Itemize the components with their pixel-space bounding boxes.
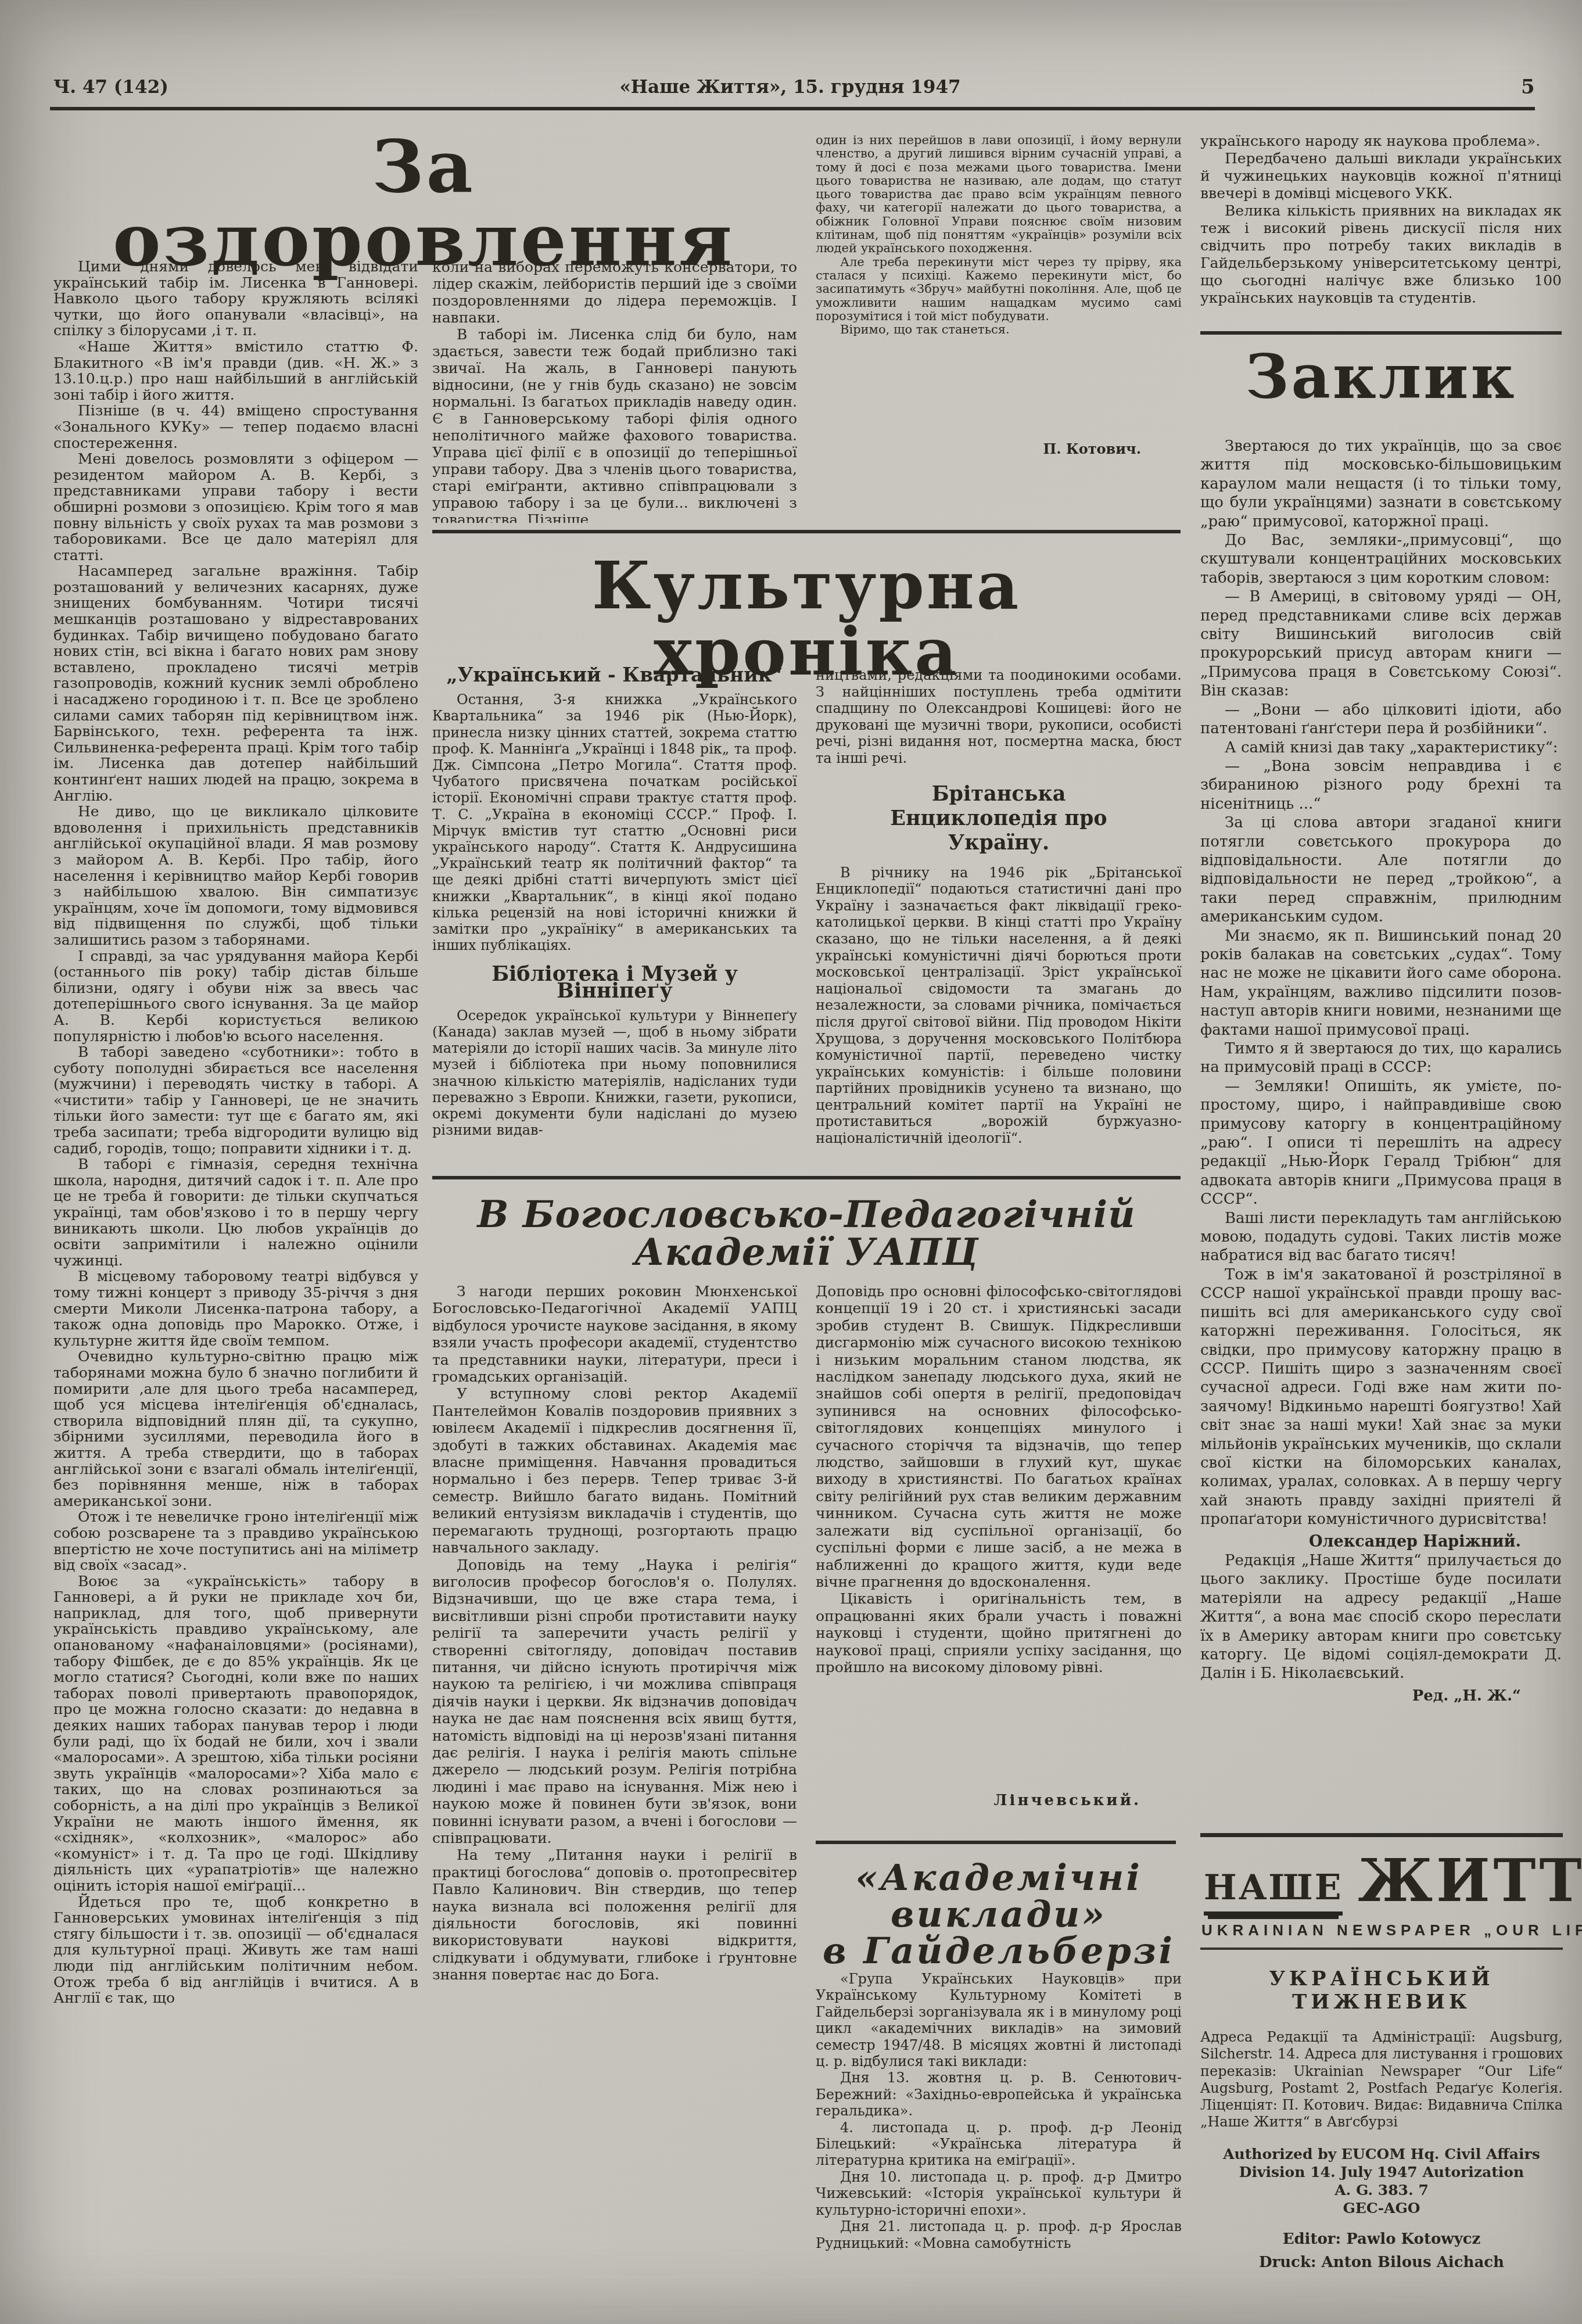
paragraph: Насамперед загальне вражіння. Табір розт… — [53, 563, 418, 804]
biblioteka-text: Осередок української культури у Віннепеґ… — [432, 1007, 797, 1139]
subhead-encyclopedia: Брітанська Енциклопедія про Україну. — [851, 782, 1147, 855]
paragraph: Адреса Редакції та Адміністрації: Augsbu… — [1200, 2029, 1563, 2131]
bohoslov-column-2: З нагоди перших роковин Мюнхенської Бого… — [432, 1283, 797, 1984]
paragraph: Пізніше (в ч. 44) вміщено спростування «… — [53, 403, 418, 451]
page-number: 5 — [1521, 76, 1535, 99]
paragraph: — „Вони — або цілковиті ідіоти, або пате… — [1200, 701, 1562, 738]
paragraph: українського народу як наукова проблема»… — [1200, 132, 1562, 150]
paragraph: Осередок української культури у Віннепеґ… — [432, 1007, 797, 1139]
paragraph: З нагоди перших роковин Мюнхенської Бого… — [432, 1283, 797, 1385]
paragraph: 4. листопада ц. р. проф. д-р Леонід Біле… — [816, 2119, 1182, 2169]
ozdorovlennia-column-1: Цими днями довелось мені відвідати украї… — [53, 259, 418, 2318]
zaklyk-text: Звертаюся до тих українців, що за своє ж… — [1200, 437, 1562, 1529]
paragraph: Але треба перекинути міст через ту прірв… — [816, 256, 1182, 323]
paragraph: Дня 10. листопада ц. р. проф. д-р Дмитро… — [816, 2169, 1182, 2218]
paragraph: Тимто я й звертаюся до тих, що карались … — [1200, 1039, 1562, 1077]
authorization-line: Division 14. July 1947 Autorization — [1200, 2163, 1563, 2181]
zaklyk-body: Звертаюся до тих українців, що за своє ж… — [1200, 437, 1562, 1750]
paragraph: ництвами, редакціями та поодинокими особ… — [816, 667, 1182, 767]
paragraph: «Група Українських Науковців» при Україн… — [816, 1971, 1182, 2070]
headline-ozdorovlennia: За оздоровлення — [52, 131, 795, 278]
headline-zaklyk: Заклик — [1200, 346, 1562, 408]
paragraph: коли на виборах переможуть консерватори,… — [432, 259, 797, 326]
ozdorovlennia-signature: П. Котович. — [816, 440, 1141, 457]
paragraph: Йдеться про те, щоб конкретно в Ганновер… — [53, 1894, 418, 2006]
authorization-line: A. G. 383. 7 — [1200, 2181, 1563, 2199]
masthead-box: НАШЕ ЖИТТЯ UKRAINIAN NEWSPAPER „OUR LIFE… — [1200, 1833, 1563, 2271]
zaklyk-signature: Олександер Наріжний. — [1200, 1533, 1521, 1551]
paragraph: Цими днями довелось мені відвідати украї… — [53, 259, 418, 339]
paragraph: Передбачено дальші виклади українських й… — [1200, 150, 1562, 202]
paragraph: Ми знаємо, як п. Вишинський понад 20 рок… — [1200, 927, 1562, 1039]
paragraph: На тему „Питання науки і релігії в практ… — [432, 1846, 797, 1983]
paragraph: — Земляки! Опишіть, як умієте, по-просто… — [1200, 1077, 1562, 1209]
authorization-line: Authorized by EUCOM Hq. Civil Affairs — [1200, 2145, 1563, 2163]
paragraph: Доповідь на тему „Наука і релігія“ вигол… — [432, 1556, 797, 1847]
zaklyk-editorial-signature: Ред. „Н. Ж.“ — [1200, 1687, 1521, 1705]
newspaper-logo: НАШЕ ЖИТТЯ — [1204, 1849, 1563, 1916]
ozdorovlennia-column-3: один із них перейшов в лави опозиції, і … — [816, 134, 1182, 436]
section-rule-akadem — [816, 1841, 1176, 1844]
paragraph: Доповідь про основні філософсько-світогл… — [816, 1283, 1182, 1590]
section-rule-khronika — [432, 530, 1181, 533]
subhead-kvartalnyk: „Український - Квартальник“ — [432, 667, 797, 683]
encyclopedia-text: В річнику на 1946 рік „Брітанської Енцик… — [816, 865, 1182, 1147]
paragraph: В місцевому таборовому театрі відбувся у… — [53, 1268, 418, 1349]
bohoslov-signature: Лінчевський. — [816, 1792, 1141, 1809]
logo-word-nashe: НАШЕ — [1204, 1867, 1343, 1916]
paragraph: Отож і те невеличке гроно інтеліґенції м… — [53, 1509, 418, 1573]
ozdorovlennia-column-2: коли на виборах переможуть консерватори,… — [432, 259, 797, 523]
paragraph: До Вас, земляки-„примусовці“, що скуштув… — [1200, 531, 1562, 587]
khronika-column-3: ництвами, редакціями та поодинокими особ… — [816, 667, 1182, 1175]
paragraph: Дня 13. жовтня ц. р. В. Сенютович-Бережн… — [816, 2070, 1182, 2119]
rule-above-zaklyk — [1200, 331, 1562, 335]
paragraph: В річнику на 1946 рік „Брітанської Енцик… — [816, 865, 1182, 1147]
paragraph: Цікавість і оригінальність тем, в опрацю… — [816, 1590, 1182, 1676]
paragraph: — „Вона зовсім неправдива і є збираниною… — [1200, 757, 1562, 813]
paragraph: У вступному слові ректор Академії Пантел… — [432, 1385, 797, 1556]
editor-credit: Editor: Pawlo Kotowycz — [1200, 2230, 1563, 2248]
paragraph: «Наше Життя» вмістило статтю Ф. Блакитно… — [53, 339, 418, 403]
headline-bohoslov: В Богословсько-Педагогічній Академії УАП… — [432, 1196, 1181, 1272]
paragraph: Очевидно культурно-світню працю між табо… — [53, 1349, 418, 1509]
paragraph: Дня 21. листопада ц. р. проф. д-р Яросла… — [816, 2218, 1182, 2251]
paragraph: Остання, 3-я книжка „Українського Кварта… — [432, 691, 797, 953]
masthead-divider-rule — [1200, 1948, 1563, 1950]
paragraph: А самій книзі дав таку „характеристику“: — [1200, 738, 1562, 757]
paragraph: Віримо, що так станеться. — [816, 323, 1182, 336]
headline-akadem-line1: «Академічні виклади» — [816, 1859, 1182, 1932]
paragraph: І справді, за час урядування майора Керб… — [53, 948, 418, 1045]
paragraph: В таборі заведено «суботники»: тобто в с… — [53, 1044, 418, 1156]
zaklyk-editorial: Редакція „Наше Життя“ прилучається до ць… — [1200, 1551, 1562, 1683]
paragraph: один із них перейшов в лави опозиції, і … — [816, 134, 1182, 256]
logo-word-zhyttia: ЖИТТЯ — [1358, 1846, 1582, 1916]
akadem-column-3: «Група Українських Науковців» при Україн… — [816, 1971, 1182, 2318]
akadem-column-4: українського народу як наукова проблема»… — [1200, 132, 1562, 328]
bohoslov-column-3: Доповідь про основні філософсько-світогл… — [816, 1283, 1182, 1783]
newspaper-page: Ч. 47 (142) «Наше Життя», 15. грудня 194… — [0, 0, 1582, 2324]
authorization-line: GEC-AGO — [1200, 2199, 1563, 2217]
khronika-column-2: „Український - Квартальник“ Остання, 3-я… — [432, 667, 797, 1172]
paragraph: Ваші листи перекладуть там англійською м… — [1200, 1209, 1562, 1265]
kvartalnyk-text: Остання, 3-я книжка „Українського Кварта… — [432, 691, 797, 953]
headline-akadem-line2: в Гайдельберзі — [816, 1932, 1182, 1969]
masthead-top-rule — [1200, 1833, 1563, 1837]
masthead-address: Адреса Редакції та Адміністрації: Augsbu… — [1200, 2029, 1563, 2131]
section-rule-bohoslov — [432, 1176, 1181, 1179]
paragraph: Воює за «українськість» табору в Ганнове… — [53, 1573, 418, 1894]
page-header-title: «Наше Життя», 15. грудня 1947 — [523, 77, 1057, 98]
issue-number: Ч. 47 (142) — [53, 77, 168, 98]
paragraph: — В Америці, в світовому уряді — ОН, пер… — [1200, 587, 1562, 700]
paragraph: За ці слова автори згаданої книги потягл… — [1200, 813, 1562, 926]
weekly-label: УКРАЇНСЬКИЙ ТИЖНЕВИК — [1200, 1967, 1563, 2014]
masthead-authorization: Authorized by EUCOM Hq. Civil AffairsDiv… — [1200, 2145, 1563, 2218]
paragraph: Мені довелось розмовляти з офіцером — ре… — [53, 451, 418, 563]
paragraph: Звертаюся до тих українців, що за своє ж… — [1200, 437, 1562, 531]
paragraph: Тож в ім'я закатованої й розстріляної в … — [1200, 1265, 1562, 1529]
paragraph: Не диво, що це викликало цілковите вдово… — [53, 804, 418, 948]
headline-akadem: «Академічні виклади» в Гайдельберзі — [816, 1859, 1182, 1970]
header-rule — [50, 107, 1535, 110]
printer-credit: Druck: Anton Bilous Aichach — [1200, 2254, 1563, 2271]
paragraph: В таборі ім. Лисенка слід би було, нам з… — [432, 326, 797, 523]
subhead-biblioteka: Бібліотека і Музей у Вінніпеґу — [432, 966, 797, 999]
paragraph: В таборі є гімназія, середня технічна шк… — [53, 1156, 418, 1268]
logo-tagline: UKRAINIAN NEWSPAPER „OUR LIFE“ — [1201, 1921, 1563, 1939]
paragraph: Велика кількість приявних на викладах як… — [1200, 202, 1562, 307]
headline-khronika: Культурна хроніка — [432, 553, 1181, 686]
biblioteka-continuation: ництвами, редакціями та поодинокими особ… — [816, 667, 1182, 767]
paragraph: Редакція „Наше Життя“ прилучається до ць… — [1200, 1551, 1562, 1683]
